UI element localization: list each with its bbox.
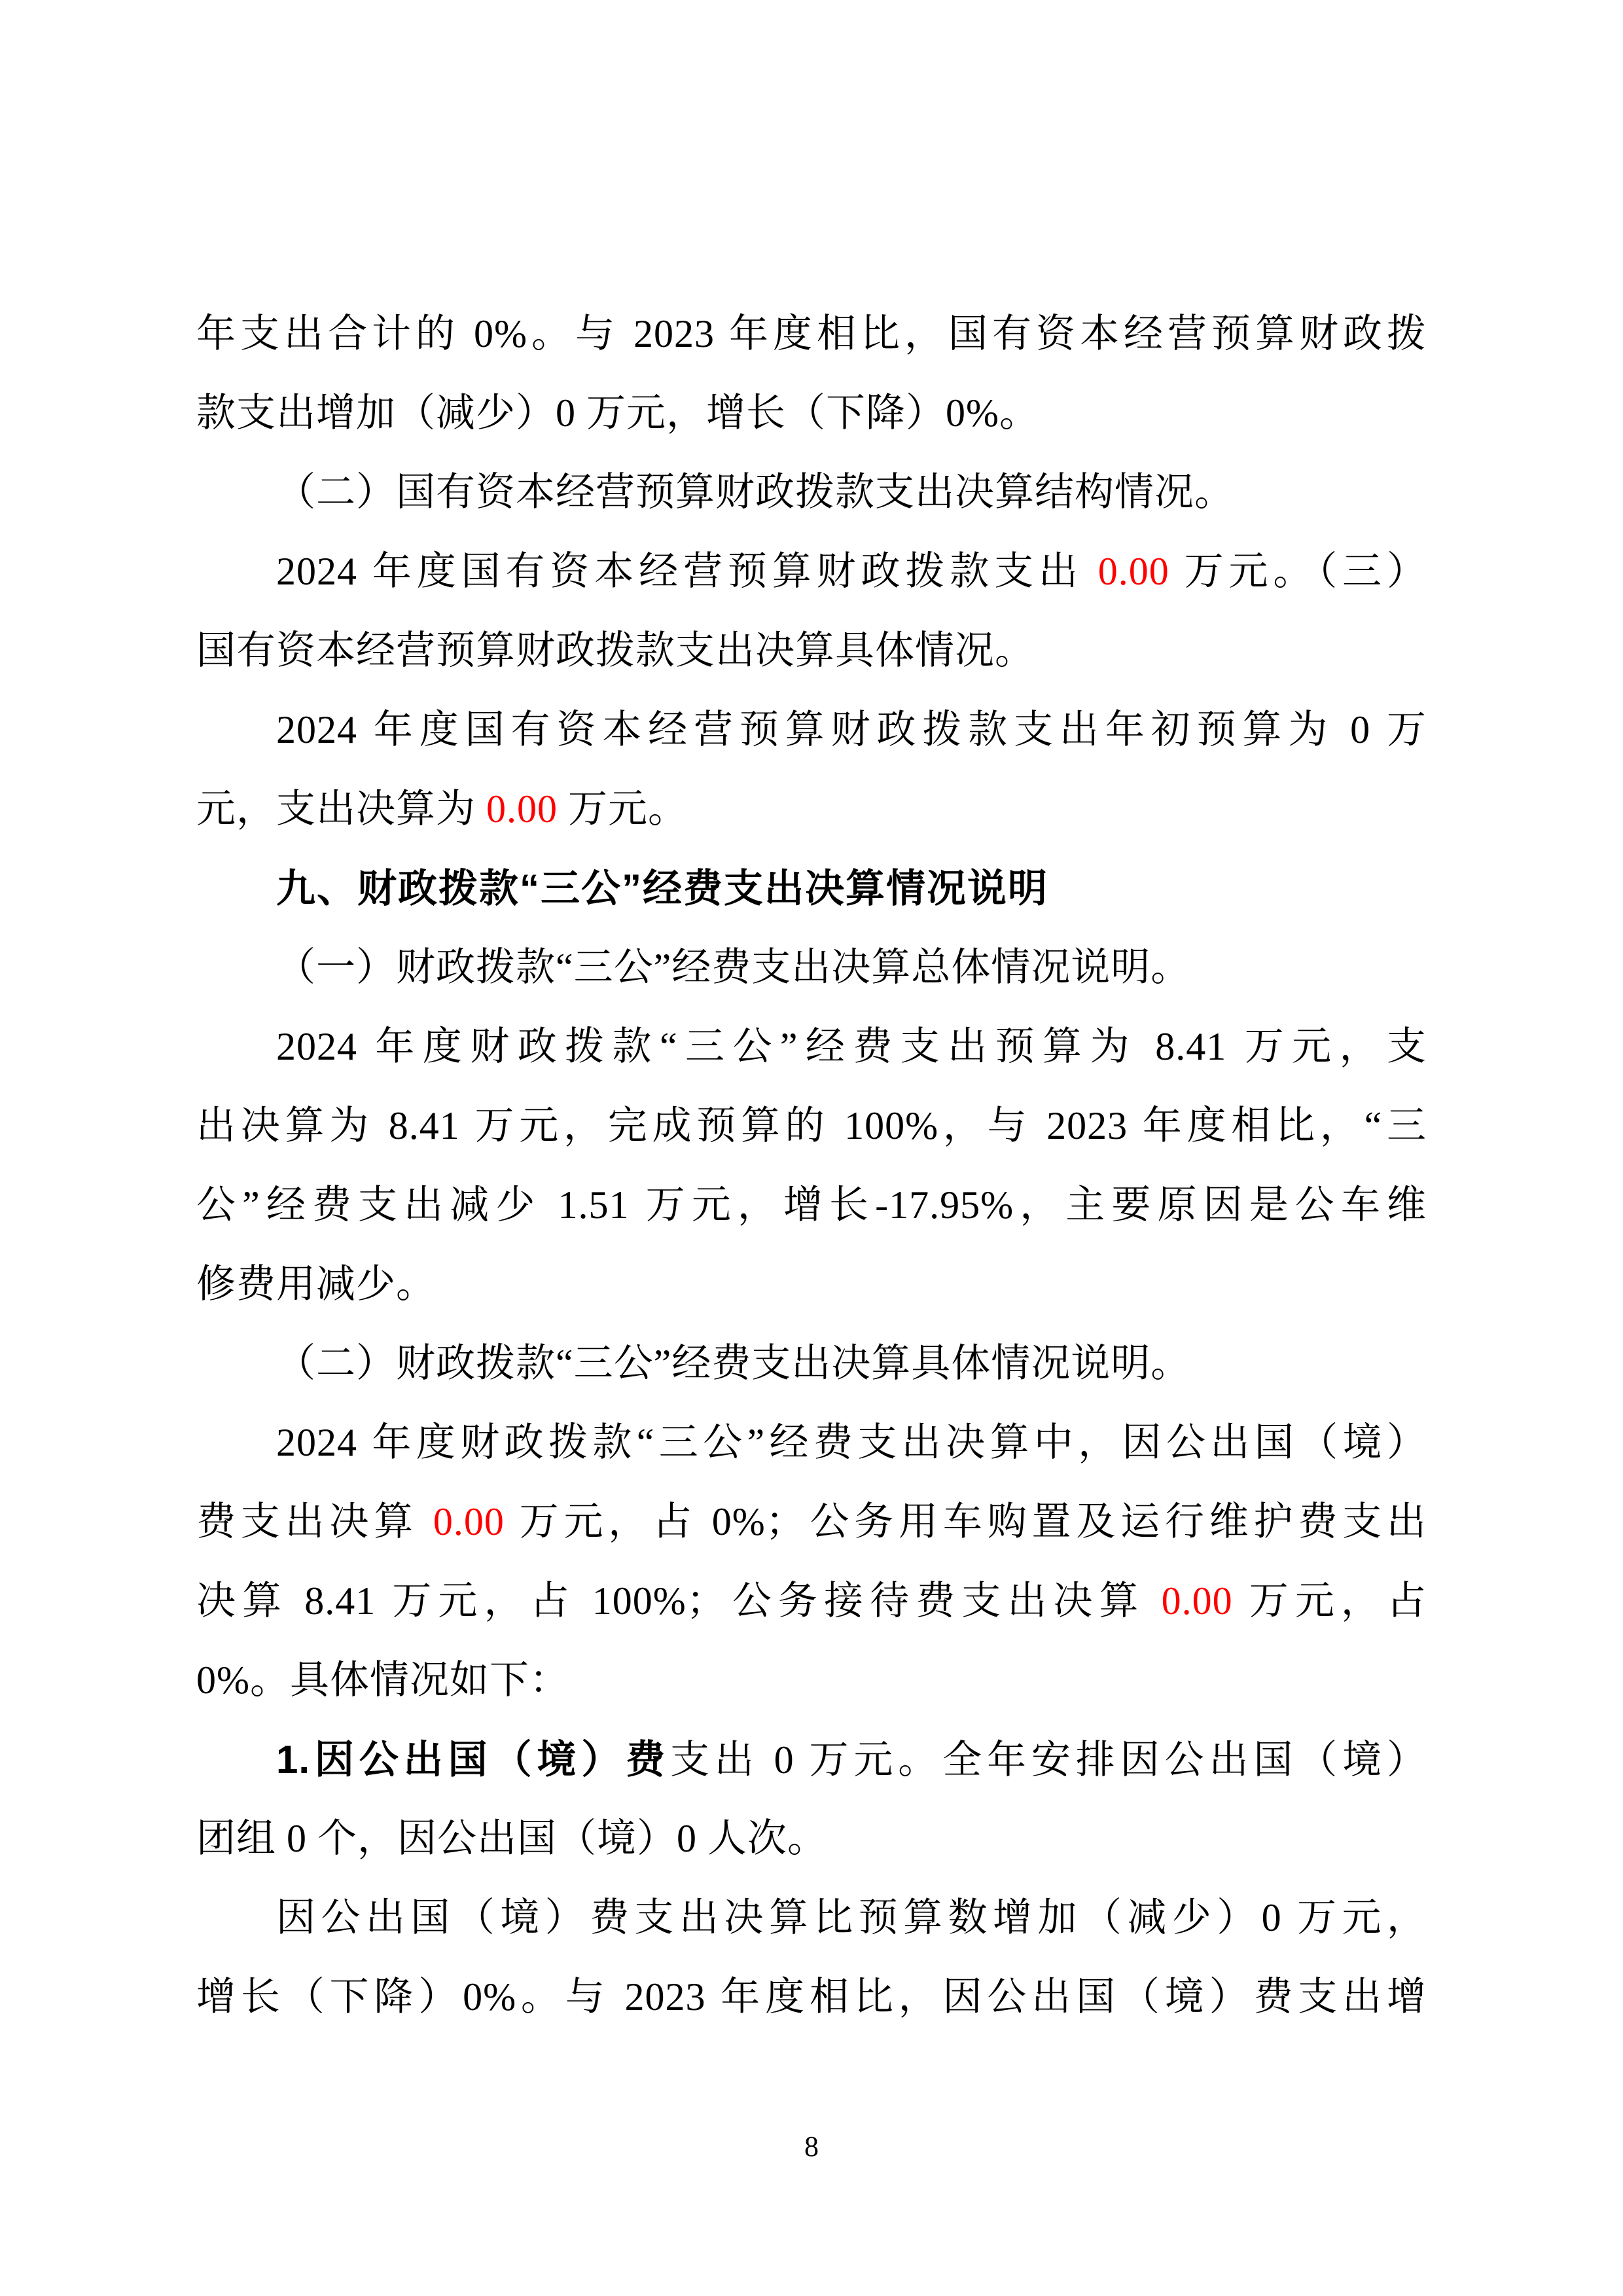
text-line: 2024 年度国有资本经营预算财政拨款支出 0.00 万元。（三） [196,532,1427,611]
text-segment: 款支出增加（减少）0 万元，增长（下降）0%。 [196,391,1039,435]
text-line: 决算 8.41 万元，占 100%；公务接待费支出决算 0.00 万元，占 [196,1562,1427,1641]
text-line: 1.因公出国（境）费支出 0 万元。全年安排因公出国（境） [196,1720,1427,1799]
text-line: 增长（下降）0%。与 2023 年度相比，因公出国（境）费支出增 [196,1958,1427,2037]
text-segment: 0%。具体情况如下： [196,1659,569,1702]
text-line: 修费用减少。 [196,1245,1427,1324]
red-value: 0.00 [1162,1579,1233,1623]
text-segment: 万元。（三） [1169,550,1427,593]
text-segment: 团组 0 个，因公出国（境）0 人次。 [196,1817,827,1860]
text-line: 元，支出决算为 0.00 万元。 [196,770,1427,849]
text-segment: 2024 年度国有资本经营预算财政拨款支出年初预算为 0 万 [276,708,1427,751]
text-segment: 公”经费支出减少 1.51 万元，增长-17.95%，主要原因是公车维 [196,1183,1427,1227]
text-line: 2024 年度财政拨款“三公”经费支出预算为 8.41 万元，支 [196,1007,1427,1086]
text-line: （二）国有资本经营预算财政拨款支出决算结构情况。 [196,453,1427,532]
red-value: 0.00 [1098,550,1169,593]
text-segment: 年支出合计的 0%。与 2023 年度相比，国有资本经营预算财政拨 [196,312,1427,355]
text-segment: 2024 年度财政拨款“三公”经费支出决算中，因公出国（境） [276,1421,1427,1464]
text-segment: 万元，占 [1233,1579,1427,1623]
text-line: 公”经费支出减少 1.51 万元，增长-17.95%，主要原因是公车维 [196,1166,1427,1245]
text-segment: （二）财政拨款“三公”经费支出决算具体情况说明。 [276,1342,1190,1385]
bold-text: 1.因公出国（境）费 [276,1738,670,1782]
red-value: 0.00 [486,787,558,831]
text-line: 0%。具体情况如下： [196,1641,1427,1720]
red-value: 0.00 [433,1500,505,1543]
text-line: （二）财政拨款“三公”经费支出决算具体情况说明。 [196,1324,1427,1403]
text-line: 款支出增加（减少）0 万元，增长（下降）0%。 [196,374,1427,453]
text-segment: 出决算为 8.41 万元，完成预算的 100%，与 2023 年度相比，“三 [196,1104,1427,1147]
text-segment: 费支出决算 [196,1500,433,1543]
text-segment: 万元。 [558,787,688,831]
text-segment: 国有资本经营预算财政拨款支出决算具体情况。 [196,629,1035,672]
text-segment: 支出 0 万元。全年安排因公出国（境） [670,1738,1427,1782]
text-segment: 2024 年度财政拨款“三公”经费支出预算为 8.41 万元，支 [276,1025,1427,1068]
text-segment: 修费用减少。 [196,1263,436,1306]
text-segment: 万元，占 0%；公务用车购置及运行维护费支出 [505,1500,1427,1543]
text-segment: 决算 8.41 万元，占 100%；公务接待费支出决算 [196,1579,1162,1623]
text-segment: （二）国有资本经营预算财政拨款支出决算结构情况。 [276,471,1234,514]
text-segment: 增长（下降）0%。与 2023 年度相比，因公出国（境）费支出增 [196,1975,1427,2018]
text-line: 国有资本经营预算财政拨款支出决算具体情况。 [196,611,1427,691]
text-segment: 2024 年度国有资本经营预算财政拨款支出 [276,550,1098,593]
text-line: 2024 年度财政拨款“三公”经费支出决算中，因公出国（境） [196,1403,1427,1482]
bold-text: 九、财政拨款“三公”经费支出决算情况说明 [276,867,1048,910]
text-segment: 元，支出决算为 [196,787,486,831]
document-page: 年支出合计的 0%。与 2023 年度相比，国有资本经营预算财政拨款支出增加（减… [0,0,1623,2296]
text-segment: （一）财政拨款“三公”经费支出决算总体情况说明。 [276,946,1190,989]
page-number: 8 [0,2131,1623,2162]
text-line: 因公出国（境）费支出决算比预算数增加（减少）0 万元， [196,1878,1427,1958]
text-line: （一）财政拨款“三公”经费支出决算总体情况说明。 [196,928,1427,1007]
document-body: 年支出合计的 0%。与 2023 年度相比，国有资本经营预算财政拨款支出增加（减… [196,295,1427,2037]
text-segment: 因公出国（境）费支出决算比预算数增加（减少）0 万元， [276,1896,1427,1939]
text-line: 费支出决算 0.00 万元，占 0%；公务用车购置及运行维护费支出 [196,1482,1427,1562]
text-line: 出决算为 8.41 万元，完成预算的 100%，与 2023 年度相比，“三 [196,1086,1427,1166]
text-line: 年支出合计的 0%。与 2023 年度相比，国有资本经营预算财政拨 [196,295,1427,374]
text-line: 2024 年度国有资本经营预算财政拨款支出年初预算为 0 万 [196,691,1427,770]
text-line: 团组 0 个，因公出国（境）0 人次。 [196,1799,1427,1878]
section-heading: 九、财政拨款“三公”经费支出决算情况说明 [196,849,1427,928]
